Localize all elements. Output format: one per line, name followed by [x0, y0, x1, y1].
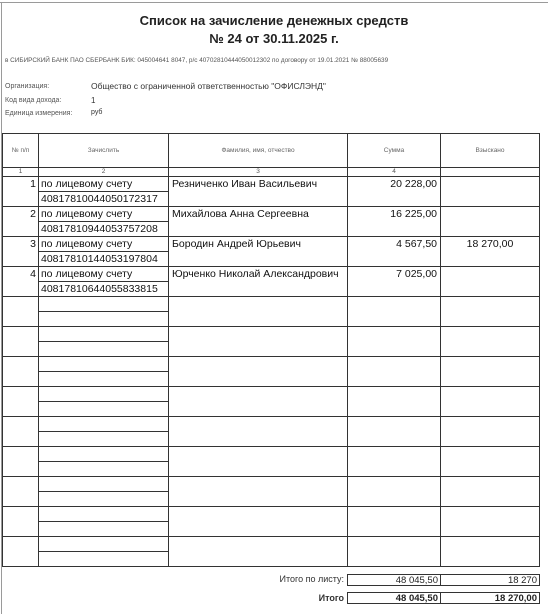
amount	[348, 327, 441, 357]
header-withheld: Взыскано	[441, 134, 540, 168]
amount	[348, 357, 441, 387]
table-row	[3, 477, 540, 492]
employee-name	[169, 537, 348, 567]
header-sum: Сумма	[348, 134, 441, 168]
employee-name	[169, 447, 348, 477]
organization-value: Общество с ограниченной ответственностью…	[91, 81, 326, 91]
document-title: Список на зачисление денежных средств	[0, 13, 548, 28]
header-credit-to: Зачислить	[39, 134, 169, 168]
amount: 4 567,50	[348, 237, 441, 267]
column-number: 1	[3, 168, 39, 177]
grand-total-withheld: 18 270,00	[440, 592, 540, 604]
credit-to: по лицевому счету	[39, 177, 169, 192]
employee-name: Юрченко Николай Александрович	[169, 267, 348, 297]
amount	[348, 447, 441, 477]
credit-to	[39, 537, 169, 552]
withheld	[441, 207, 540, 237]
amount: 7 025,00	[348, 267, 441, 297]
withheld	[441, 477, 540, 507]
account-number	[39, 372, 169, 387]
withheld	[441, 387, 540, 417]
row-number	[3, 327, 39, 357]
table-row	[3, 387, 540, 402]
table-header-row: № п/п Зачислить Фамилия, имя, отчество С…	[3, 134, 540, 168]
page-total-sum: 48 045,50	[347, 574, 441, 586]
amount	[348, 477, 441, 507]
row-number	[3, 297, 39, 327]
credit-to: по лицевому счету	[39, 207, 169, 222]
account-number	[39, 312, 169, 327]
account-number	[39, 522, 169, 537]
withheld	[441, 177, 540, 207]
credit-to	[39, 447, 169, 462]
account-number	[39, 462, 169, 477]
account-number: 40817810644055833815	[39, 282, 169, 297]
account-number	[39, 492, 169, 507]
account-number: 40817810144053197804	[39, 252, 169, 267]
withheld	[441, 267, 540, 297]
credit-to	[39, 477, 169, 492]
column-number: 2	[39, 168, 169, 177]
withheld	[441, 447, 540, 477]
income-code-value: 1	[91, 96, 95, 105]
document-number-date: № 24 от 30.11.2025 г.	[0, 31, 548, 46]
payment-table: № п/п Зачислить Фамилия, имя, отчество С…	[2, 133, 540, 567]
row-number: 2	[3, 207, 39, 237]
row-number: 1	[3, 177, 39, 207]
amount	[348, 537, 441, 567]
amount	[348, 507, 441, 537]
account-number	[39, 342, 169, 357]
amount: 16 225,00	[348, 207, 441, 237]
employee-name: Бородин Андрей Юрьевич	[169, 237, 348, 267]
table-row	[3, 297, 540, 312]
account-number: 40817810944053757208	[39, 222, 169, 237]
amount: 20 228,00	[348, 177, 441, 207]
table-row: 3по лицевому счетуБородин Андрей Юрьевич…	[3, 237, 540, 252]
account-number: 40817810044050172317	[39, 192, 169, 207]
grand-total-sum: 48 045,50	[347, 592, 441, 604]
row-number	[3, 417, 39, 447]
withheld	[441, 357, 540, 387]
header-fio: Фамилия, имя, отчество	[169, 134, 348, 168]
row-number	[3, 507, 39, 537]
employee-name: Резниченко Иван Васильевич	[169, 177, 348, 207]
column-number	[441, 168, 540, 177]
credit-to	[39, 327, 169, 342]
withheld	[441, 417, 540, 447]
page-total-withheld: 18 270	[440, 574, 540, 586]
table-row	[3, 447, 540, 462]
credit-to	[39, 387, 169, 402]
row-number	[3, 447, 39, 477]
row-number	[3, 537, 39, 567]
unit-value: руб	[91, 109, 102, 116]
table-row: 4по лицевому счетуЮрченко Николай Алекса…	[3, 267, 540, 282]
income-code-label: Код вида дохода:	[5, 97, 61, 104]
row-number: 3	[3, 237, 39, 267]
row-number	[3, 477, 39, 507]
account-number	[39, 432, 169, 447]
table-row: 1по лицевому счетуРезниченко Иван Василь…	[3, 177, 540, 192]
column-number: 3	[169, 168, 348, 177]
amount	[348, 297, 441, 327]
employee-name	[169, 507, 348, 537]
credit-to	[39, 417, 169, 432]
credit-to	[39, 297, 169, 312]
table-row	[3, 327, 540, 342]
table-row	[3, 537, 540, 552]
employee-name	[169, 417, 348, 447]
table-row	[3, 507, 540, 522]
employee-name	[169, 327, 348, 357]
bank-details: в СИБИРСКИЙ БАНК ПАО СБЕРБАНК БИК: 04500…	[5, 57, 388, 64]
employee-name: Михайлова Анна Сергеевна	[169, 207, 348, 237]
withheld	[441, 327, 540, 357]
organization-label: Организация:	[5, 83, 49, 90]
unit-label: Единица измерения:	[5, 110, 72, 117]
row-number	[3, 387, 39, 417]
page-frame-top	[0, 2, 548, 3]
account-number	[39, 552, 169, 567]
employee-name	[169, 357, 348, 387]
credit-to: по лицевому счету	[39, 237, 169, 252]
withheld	[441, 507, 540, 537]
employee-name	[169, 387, 348, 417]
column-numbers-row: 1 2 3 4	[3, 168, 540, 177]
account-number	[39, 402, 169, 417]
header-number: № п/п	[3, 134, 39, 168]
grand-total-label: Итого	[144, 593, 344, 603]
withheld	[441, 297, 540, 327]
table-row	[3, 417, 540, 432]
row-number: 4	[3, 267, 39, 297]
row-number	[3, 357, 39, 387]
table-row	[3, 357, 540, 372]
amount	[348, 417, 441, 447]
column-number: 4	[348, 168, 441, 177]
page-total-label: Итого по листу:	[144, 574, 344, 584]
withheld: 18 270,00	[441, 237, 540, 267]
employee-name	[169, 297, 348, 327]
table-row: 2по лицевому счетуМихайлова Анна Сергеев…	[3, 207, 540, 222]
employee-name	[169, 477, 348, 507]
amount	[348, 387, 441, 417]
credit-to	[39, 507, 169, 522]
credit-to	[39, 357, 169, 372]
withheld	[441, 537, 540, 567]
credit-to: по лицевому счету	[39, 267, 169, 282]
